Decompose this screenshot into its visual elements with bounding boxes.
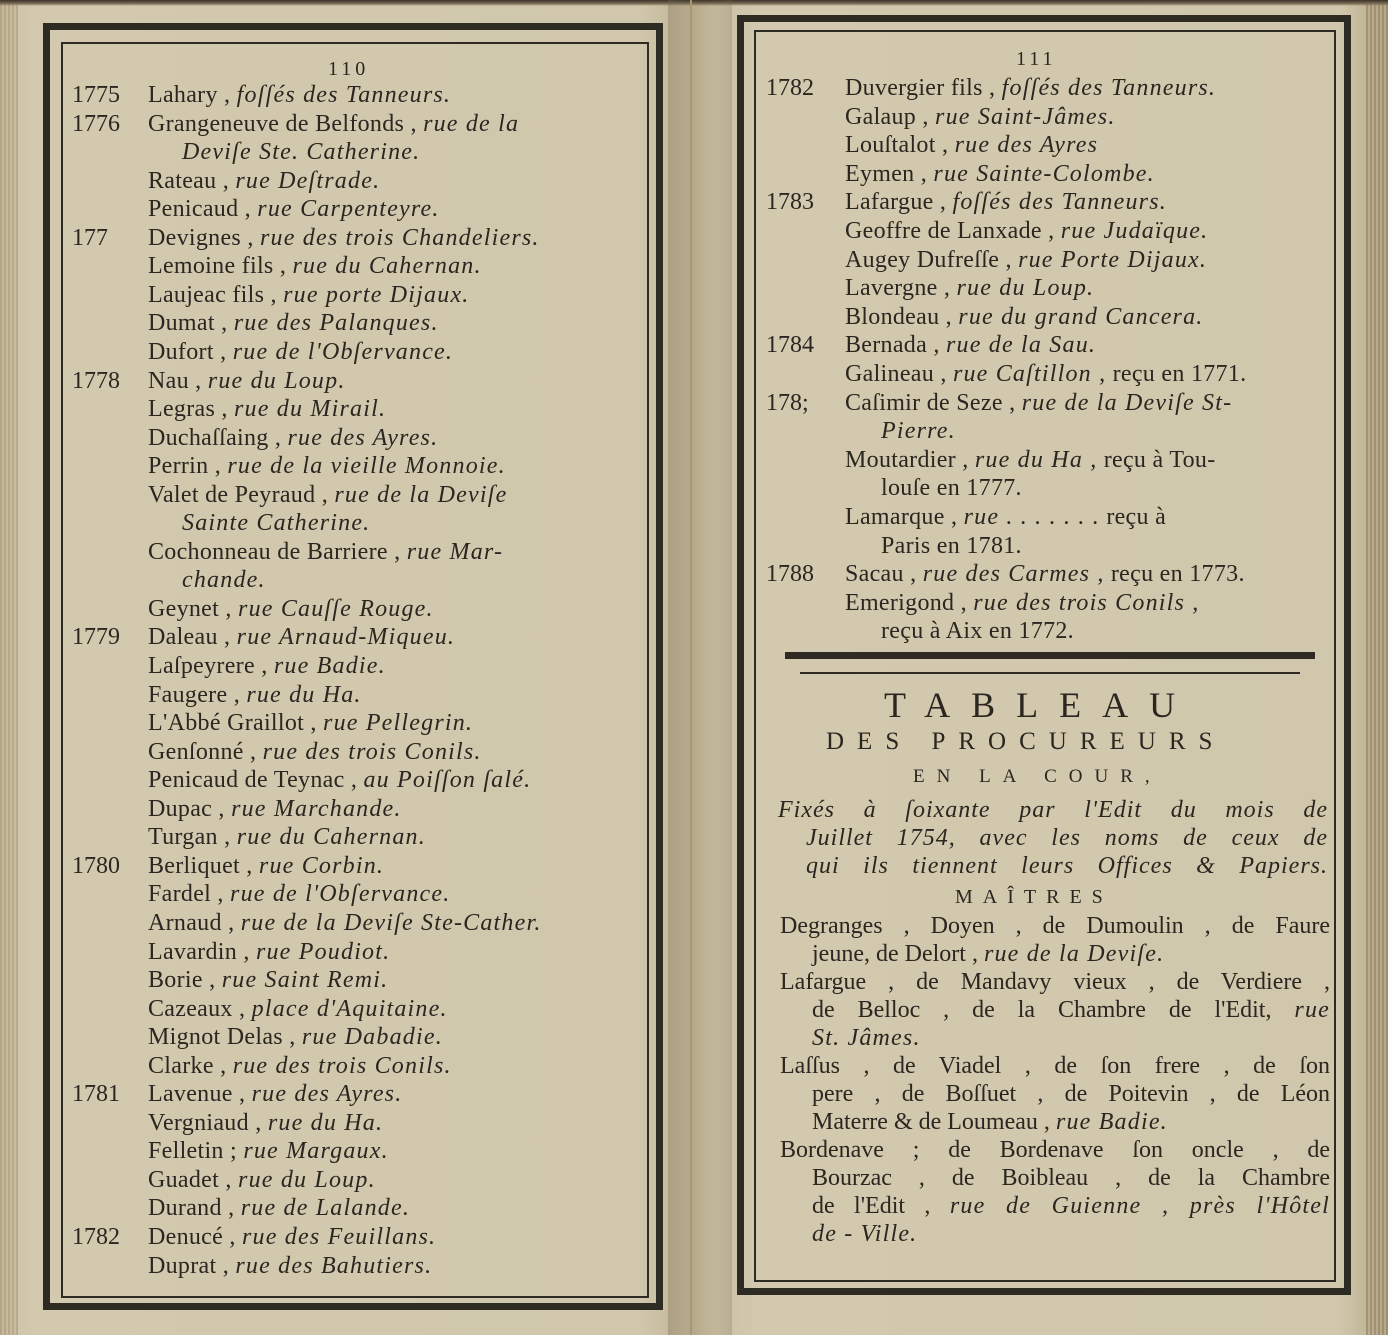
entry-note: reçu à Tou-: [1104, 447, 1216, 473]
directory-entry: Bernada , rue de la Sau.: [845, 331, 1096, 359]
entry-address: rue Saint-Jâmes.: [935, 104, 1116, 130]
master-line: de l'Edit , rue de Guienne , près l'Hôte…: [812, 1192, 1330, 1220]
entry-name: reçu à Aix en 1772.: [881, 618, 1074, 644]
section-intro: Fixés à ſoixante par l'Edit du mois de J…: [778, 796, 1328, 880]
entry-address: Pierre.: [881, 418, 956, 444]
section-title: TABLEAU: [884, 684, 1196, 726]
masters-list: Degranges , Doyen , de Dumoulin , de Fau…: [780, 912, 1330, 1248]
page-number: 111: [1016, 48, 1057, 71]
master-address: rue de la Deviſe.: [984, 941, 1164, 967]
entry-address: rue Sainte-Colombe.: [933, 161, 1154, 187]
directory-entry: Duvergier fils , foſſés des Tanneurs.: [845, 74, 1216, 102]
entry-name: Duvergier fils ,: [845, 75, 995, 101]
directory-entry: Louſtalot , rue des Ayres: [845, 131, 1098, 159]
section-divider-thick: [785, 652, 1315, 659]
entry-address: rue des Ayres: [955, 132, 1099, 158]
entry-address: rue Judaïque.: [1061, 218, 1209, 244]
entry-name: Augey Dufreſſe ,: [845, 247, 1012, 273]
entry-note: reçu à: [1106, 504, 1166, 530]
master-line: de - Ville.: [812, 1220, 1330, 1248]
entry-address: foſſés des Tanneurs.: [952, 189, 1166, 215]
master-line: Lafargue , de Mandavy vieux , de Verdier…: [780, 968, 1330, 996]
directory-entry: reçu à Aix en 1772.: [881, 617, 1074, 645]
section-divider-thin: [800, 672, 1300, 674]
intro-line: qui ils tiennent leurs Offices & Papiers…: [806, 852, 1328, 880]
entry-name: Geoffre de Lanxade ,: [845, 218, 1054, 244]
master-line: Materre & de Loumeau , rue Badie.: [812, 1108, 1330, 1136]
master-line: Bourzac , de Boibleau , de la Chambre: [812, 1164, 1330, 1192]
entry-name: louſe en 1777.: [881, 475, 1022, 501]
entry-address: rue de la Deviſe St-: [1022, 390, 1233, 416]
entry-name: Lafargue ,: [845, 189, 946, 215]
master-line: pere , de Boſſuet , de Poitevin , de Léo…: [812, 1080, 1330, 1108]
entry-name: Lamarque ,: [845, 504, 957, 530]
directory-entry: Lafargue , foſſés des Tanneurs.: [845, 188, 1167, 216]
entry-name: Caſimir de Seze ,: [845, 390, 1015, 416]
entry-address: rue du grand Cancera.: [958, 304, 1203, 330]
entry-year: 1782: [766, 74, 814, 102]
entry-year: 1788: [766, 560, 814, 588]
section-subtitle-court: EN LA COUR,: [913, 766, 1162, 788]
entry-name: Paris en 1781.: [881, 533, 1022, 559]
master-line: Degranges , Doyen , de Dumoulin , de Fau…: [780, 912, 1330, 940]
master-address: rue de Guienne , près l'Hôtel: [950, 1193, 1330, 1219]
master-line: de Belloc , de la Chambre de l'Edit, rue: [812, 996, 1330, 1024]
directory-entry: Moutardier , rue du Ha , reçu à Tou-: [845, 446, 1216, 474]
directory-entry: Blondeau , rue du grand Cancera.: [845, 303, 1203, 331]
directory-entry: Lamarque , rue . . . . . . . reçu à: [845, 503, 1166, 531]
directory-entry: louſe en 1777.: [881, 474, 1022, 502]
directory-entry: Galaup , rue Saint-Jâmes.: [845, 103, 1116, 131]
entry-address: rue du Loup.: [957, 275, 1095, 301]
entry-year: 178;: [766, 389, 809, 417]
entry-name: Sacau ,: [845, 561, 916, 587]
entry-address: rue des trois Conils ,: [973, 590, 1199, 616]
entry-address: rue . . . . . . .: [964, 504, 1100, 530]
entry-note: reçu en 1771.: [1113, 361, 1247, 387]
entry-year: 1784: [766, 331, 814, 359]
entry-address: rue Caſtillon ,: [953, 361, 1106, 387]
master-address: St. Jâmes.: [812, 1025, 921, 1051]
masters-heading: MAÎTRES: [955, 886, 1113, 909]
entry-note: reçu en 1773.: [1111, 561, 1245, 587]
directory-entry: Pierre.: [881, 417, 956, 445]
master-line: St. Jâmes.: [812, 1024, 1330, 1052]
directory-entry: Augey Dufreſſe , rue Porte Dijaux.: [845, 246, 1207, 274]
entry-name: Lavergne ,: [845, 275, 950, 301]
entry-address: rue du Ha ,: [975, 447, 1098, 473]
directory-entry: Galineau , rue Caſtillon , reçu en 1771.: [845, 360, 1246, 388]
section-subtitle: DES PROCUREURS: [826, 728, 1225, 756]
master-address: de - Ville.: [812, 1221, 917, 1247]
directory-entry: Emerigond , rue des trois Conils ,: [845, 589, 1199, 617]
entry-address: rue des Carmes ,: [923, 561, 1105, 587]
intro-line: Fixés à ſoixante par l'Edit du mois de: [778, 796, 1328, 824]
master-address: rue: [1294, 997, 1330, 1023]
entry-name: Galaup ,: [845, 104, 929, 130]
entry-address: rue Porte Dijaux.: [1018, 247, 1207, 273]
directory-entry: Caſimir de Seze , rue de la Deviſe St-: [845, 389, 1232, 417]
master-line: Bordenave ; de Bordenave ſon oncle , de: [780, 1136, 1330, 1164]
entry-name: Galineau ,: [845, 361, 947, 387]
directory-entry: Eymen , rue Sainte-Colombe.: [845, 160, 1155, 188]
right-page: 111 1782Duvergier fils , foſſés des Tann…: [0, 0, 1388, 1335]
entry-name: Louſtalot ,: [845, 132, 948, 158]
directory-entry: Geoffre de Lanxade , rue Judaïque.: [845, 217, 1208, 245]
entry-year: 1783: [766, 188, 814, 216]
master-line: Laſſus , de Viadel , de ſon frere , de ſ…: [780, 1052, 1330, 1080]
entry-name: Eymen ,: [845, 161, 927, 187]
entry-name: Moutardier ,: [845, 447, 969, 473]
entry-name: Emerigond ,: [845, 590, 967, 616]
entry-name: Bernada ,: [845, 332, 940, 358]
entry-name: Blondeau ,: [845, 304, 952, 330]
master-address: rue Badie.: [1056, 1109, 1168, 1135]
intro-line: Juillet 1754, avec les noms de ceux de: [806, 824, 1328, 852]
entry-address: rue de la Sau.: [946, 332, 1096, 358]
directory-entry: Sacau , rue des Carmes , reçu en 1773.: [845, 560, 1245, 588]
directory-entry: Paris en 1781.: [881, 532, 1022, 560]
directory-entry: Lavergne , rue du Loup.: [845, 274, 1094, 302]
entry-address: foſſés des Tanneurs.: [1002, 75, 1216, 101]
master-line: jeune, de Delort , rue de la Deviſe.: [812, 940, 1330, 968]
